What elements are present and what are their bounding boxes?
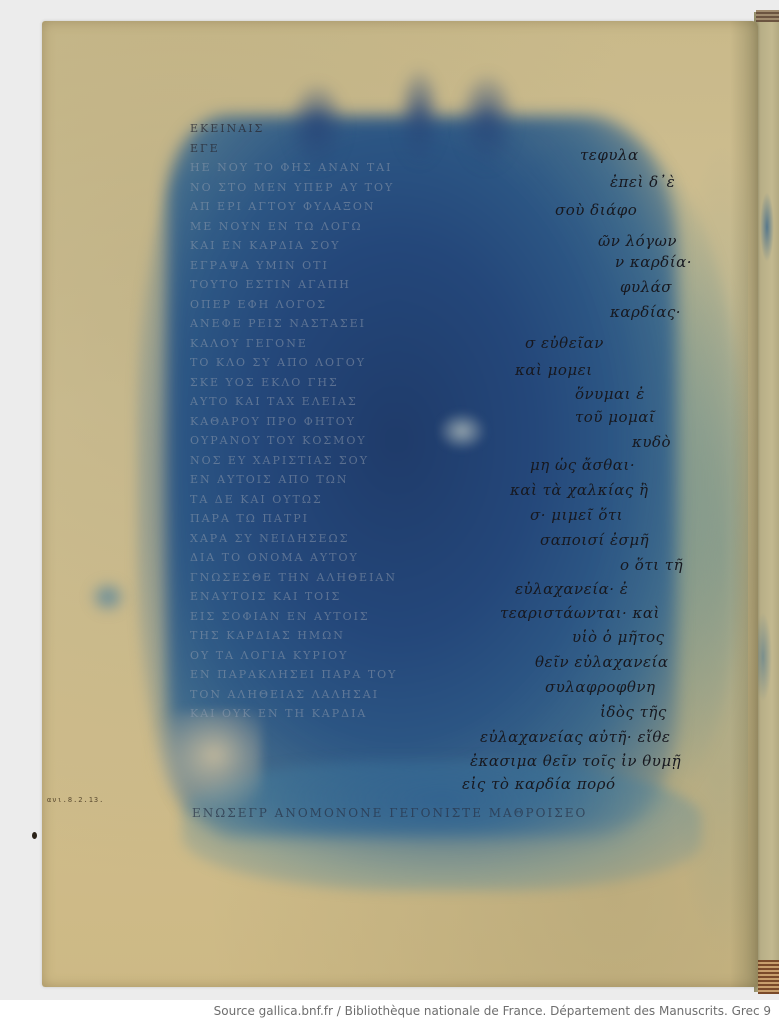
minuscule-line: σοὺ διάφο — [555, 201, 637, 219]
minuscule-line: τοῦ μομαῖ — [575, 408, 655, 426]
minuscule-line: εἰς τὸ καρδία πορό — [462, 775, 616, 793]
source-credit: Source gallica.bnf.fr / Bibliothèque nat… — [214, 1004, 771, 1018]
minuscule-line: ἐπεὶ δ᾽ὲ — [610, 173, 675, 191]
edge-ink-mark — [32, 832, 37, 839]
binding-bottom — [758, 960, 779, 994]
minuscule-line: συλαφροφθνη — [545, 678, 656, 696]
minuscule-line: ο ὅτι τῆ — [620, 556, 683, 574]
minuscule-line: εὐλαχανείας αὐτῆ· εἴθε — [480, 728, 670, 746]
minuscule-text-column: τεφυλαἐπεὶ δ᾽ὲσοὺ διάφοῶν λόγωνν καρδία·… — [42, 21, 758, 987]
minuscule-line: ἐκασιμα θεῖν τοῖς ἰν θυμῇ — [470, 752, 681, 770]
minuscule-line: κυδὸ — [632, 433, 671, 451]
minuscule-line: ἰδὸς τῆς — [600, 703, 667, 721]
minuscule-line: μη ὡς ἄσθαι· — [530, 456, 635, 474]
minuscule-line: εὐλαχανεία· ἐ — [515, 580, 628, 598]
minuscule-line: καὶ τὰ χαλκίας ἢ — [510, 481, 649, 499]
minuscule-line: σαποισί ἐσμῆ — [540, 531, 649, 549]
minuscule-line: καρδίας· — [610, 303, 681, 321]
minuscule-line: τεφυλα — [580, 146, 639, 164]
minuscule-line: θεῖν εὐλαχανεία — [535, 653, 669, 671]
binding-top — [756, 10, 779, 22]
minuscule-line: τεαριστάωνται· καὶ — [500, 604, 660, 622]
image-viewer: ΕΚΕΙΝΑΙΣ ΕΓΕ ΗΕ ΝΟΥ ΤΟ ΦΗΣ ΑΝΑΝ ΤΑΙΝΟ ΣΤ… — [0, 0, 779, 1000]
minuscule-line: καὶ μομει — [515, 361, 593, 379]
source-footer: Source gallica.bnf.fr / Bibliothèque nat… — [0, 1000, 779, 1024]
minuscule-line: ῶν λόγων — [598, 232, 677, 250]
manuscript-folio: ΕΚΕΙΝΑΙΣ ΕΓΕ ΗΕ ΝΟΥ ΤΟ ΦΗΣ ΑΝΑΝ ΤΑΙΝΟ ΣΤ… — [42, 21, 758, 987]
minuscule-line: φυλάσ — [620, 278, 672, 296]
minuscule-line: σ εὐθεῖαν — [525, 334, 604, 352]
minuscule-line: ὅνυμαι ἐ — [575, 385, 645, 403]
minuscule-line: ν καρδία· — [615, 253, 692, 271]
minuscule-line: σ· μιμεῖ ὅτι — [530, 506, 623, 524]
margin-annotation: ανι.8.2.13. — [47, 796, 104, 804]
minuscule-line: υἱὸ ὁ μῆτος — [572, 628, 665, 646]
